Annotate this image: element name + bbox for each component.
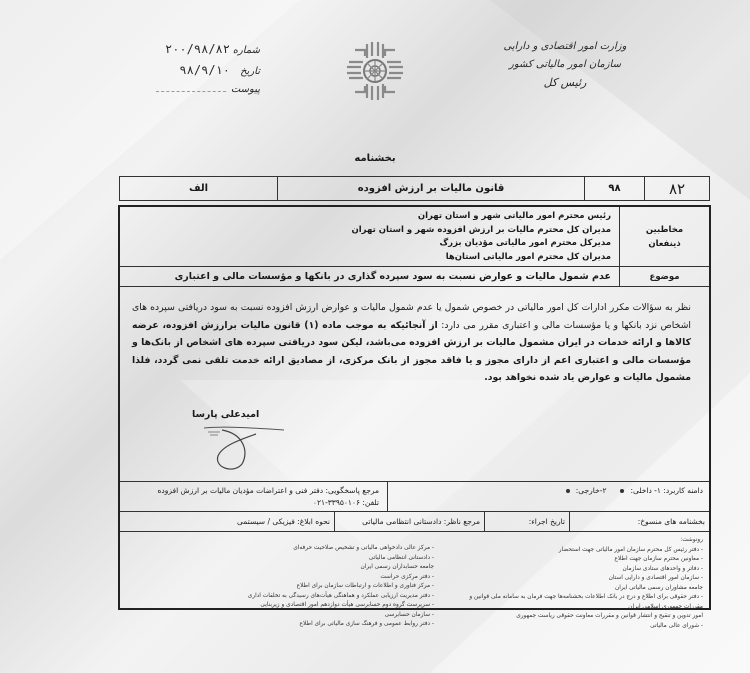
attachment-label: پیوست xyxy=(230,84,260,95)
date-label: تاریخ xyxy=(230,66,260,77)
execution-date: تاریخ اجراء: xyxy=(484,512,569,531)
copies-section: رونوشت: - دفتر رئیس کل محترم سازمان امور… xyxy=(120,532,709,610)
scope-external: ۲-خارجی: xyxy=(566,486,607,511)
letter-date: ۹۸/۹/۱۰ xyxy=(179,63,230,77)
cc-item: - دفتر روابط عمومی و فرهنگ سازی مالیاتی … xyxy=(234,620,434,630)
letter-number: ۲۰۰/۹۸/۸۲ xyxy=(165,42,230,56)
circular-id-table: ۸۲ ۹۸ قانون مالیات بر ارزش افزوده الف xyxy=(119,176,710,201)
signatory-name: امیدعلی پارسا xyxy=(192,409,259,420)
scope-label: دامنه کاربرد: ۱- داخلی: xyxy=(630,486,703,495)
office-title: رئیس کل xyxy=(500,74,630,92)
ministry-name: وزارت امور اقتصادی و دارایی xyxy=(500,38,630,56)
cc-list-right: رونوشت: - دفتر رئیس کل محترم سازمان امور… xyxy=(453,536,703,631)
recipient-item: رئیس محترم امور مالیاتی شهر و استان تهرا… xyxy=(126,210,611,224)
cc-item: جامعه مشاوران رسمی مالیاتی ایران xyxy=(453,584,703,594)
scope-internal: دامنه کاربرد: ۱- داخلی: xyxy=(620,486,703,511)
cc-item: - مرکز فناوری و اطلاعات و ارتباطات سازما… xyxy=(234,582,434,592)
cc-item: جامعه حسابداران رسمی ایران xyxy=(234,563,434,573)
audience-label-line: مخاطبین xyxy=(646,223,683,237)
audience-label: مخاطبین ذینفعان xyxy=(619,207,709,266)
cc-item: - معاونین محترم سازمان جهت اطلاع xyxy=(453,555,703,565)
circular-frame: مخاطبین ذینفعان رئیس محترم امور مالیاتی … xyxy=(118,205,711,610)
letter-meta: شماره ۲۰۰/۹۸/۸۲ تاریخ ۹۸/۹/۱۰ پیوست xyxy=(110,42,260,105)
audience-row: مخاطبین ذینفعان رئیس محترم امور مالیاتی … xyxy=(120,207,709,267)
notification-method: نحوه ابلاغ: فیزیکی / سیستمی xyxy=(120,512,334,531)
response-reference: مرجع پاسخگویی: دفتر فنی و اعتراضات مؤدیا… xyxy=(120,482,388,511)
recipient-item: مدیران کل محترم امور مالیاتی استان‌ها xyxy=(126,251,611,265)
response-phone: تلفن: ۳۳۹۵۰۱۰۶-۰۲۱ xyxy=(120,497,379,509)
document-title: بخشنامه xyxy=(0,153,750,164)
recipient-list: رئیس محترم امور مالیاتی شهر و استان تهرا… xyxy=(126,207,611,266)
background-facet xyxy=(490,0,750,200)
obsolete-circulars: بخشنامه های منسوخ: xyxy=(569,512,709,531)
cc-item: امور تدوین و تنقیح و انتشار قوانین و مقر… xyxy=(453,612,703,622)
attachment-line xyxy=(156,84,226,92)
cc-item: - سازمان امور اقتصادی و دارایی استان xyxy=(453,574,703,584)
organization-name: سازمان امور مالیاتی کشور xyxy=(500,56,630,74)
related-law: قانون مالیات بر ارزش افزوده xyxy=(277,177,584,200)
cc-item: - شورای عالی مالیاتی xyxy=(453,622,703,632)
recipient-item: مدیران کل محترم مالیات بر ارزش افزوده شه… xyxy=(126,224,611,238)
scope-row: دامنه کاربرد: ۱- داخلی: ۲-خارجی: مرجع پا… xyxy=(120,482,709,512)
circular-number: ۸۲ xyxy=(644,177,709,200)
recipient-item: مدیرکل محترم امور مالیاتی مؤدیان بزرگ xyxy=(126,237,611,251)
info-row: بخشنامه های منسوخ: تاریخ اجراء: مرجع ناظ… xyxy=(120,512,709,532)
signature-icon xyxy=(194,422,294,472)
cc-item: - دفتر مرکزی حراست xyxy=(234,573,434,583)
bullet-icon xyxy=(620,489,624,493)
supervising-authority: مرجع ناظر: دادستانی انتظامی مالیاتی xyxy=(334,512,484,531)
subject-label: موضوع xyxy=(619,267,709,286)
ministry-letterhead: وزارت امور اقتصادی و دارایی سازمان امور … xyxy=(500,38,630,92)
audience-label-line: ذینفعان xyxy=(648,237,680,251)
body-section: نظر به سؤالات مکرر ادارات کل امور مالیات… xyxy=(120,287,709,482)
classification: الف xyxy=(120,177,277,200)
subject-value: عدم شمول مالیات و عوارض نسبت به سود سپرد… xyxy=(126,267,611,286)
circular-year: ۹۸ xyxy=(584,177,644,200)
cc-heading: رونوشت: xyxy=(453,536,703,546)
response-office: مرجع پاسخگویی: دفتر فنی و اعتراضات مؤدیا… xyxy=(120,485,379,497)
bullet-icon xyxy=(566,489,570,493)
cc-item: - سرپرست گروه دوم حسابرسی هیأت دوازدهم ا… xyxy=(234,601,434,611)
body-text: نظر به سؤالات مکرر ادارات کل امور مالیات… xyxy=(132,299,691,387)
application-scope: دامنه کاربرد: ۱- داخلی: ۲-خارجی: xyxy=(388,482,709,511)
cc-item: - دفتر رئیس کل محترم سازمان امور مالیاتی… xyxy=(453,546,703,556)
subject-row: موضوع عدم شمول مالیات و عوارض نسبت به سو… xyxy=(120,267,709,287)
cc-item: - دفتر حقوقی برای اطلاع و درج در بانک اط… xyxy=(453,593,703,612)
cc-item: - مرکز عالی دادخواهی مالیاتی و تشخیص صلا… xyxy=(234,544,434,554)
cc-item: - سازمان حسابرسی xyxy=(234,611,434,621)
cc-item: - دفتر مدیریت ارزیابی عملکرد و هماهنگی ه… xyxy=(234,592,434,602)
scope-external-label: ۲-خارجی: xyxy=(576,486,607,495)
tax-organization-emblem-icon xyxy=(345,40,405,102)
number-label: شماره xyxy=(230,45,260,56)
cc-list-left: - مرکز عالی دادخواهی مالیاتی و تشخیص صلا… xyxy=(234,544,434,630)
cc-item: - دفاتر و واحدهای ستادی سازمان xyxy=(453,565,703,575)
cc-item: - دادستانی انتظامی مالیاتی xyxy=(234,554,434,564)
